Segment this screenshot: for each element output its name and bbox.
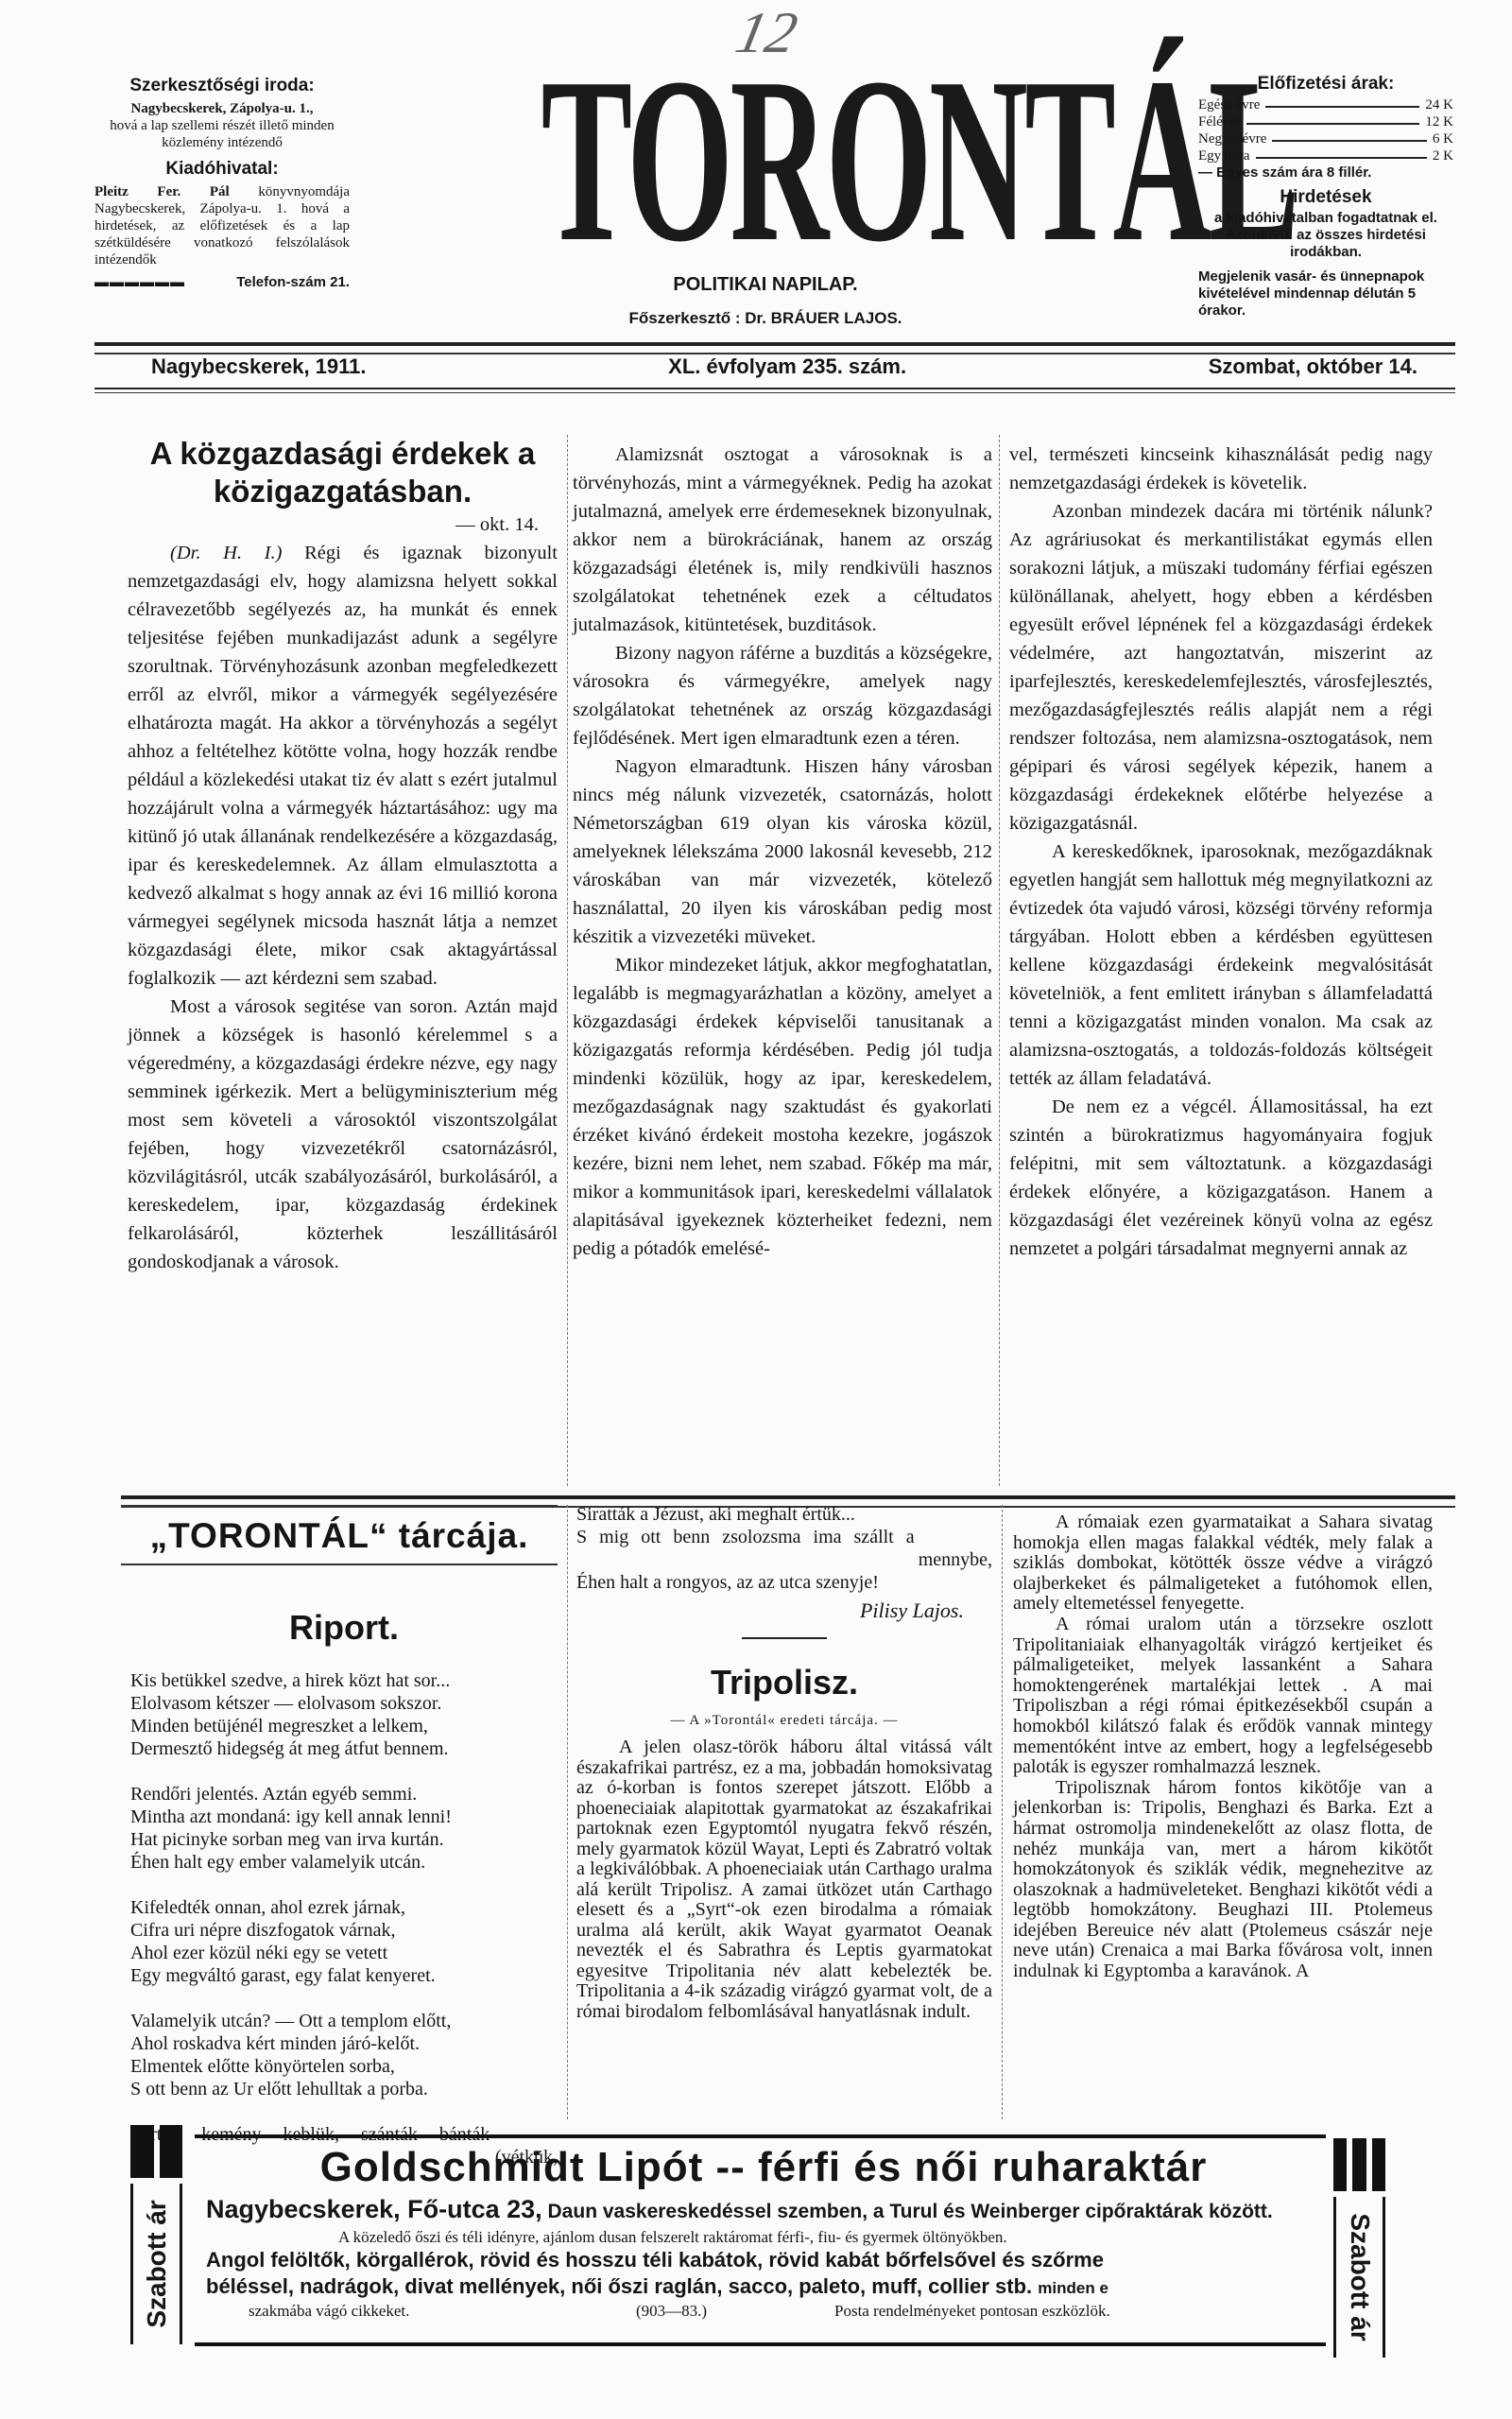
feuilleton-section-title: „TORONTÁL“ tárcája. (121, 1505, 558, 1565)
publishing-office-heading: Kiadóhivatal: (94, 161, 350, 178)
issue-place-year: Nagybecskerek, 1911. (151, 354, 367, 379)
article-paragraph: De nem ez a végcél. Államositással, ha e… (1009, 1093, 1433, 1263)
article-paragraph: Alamizsnát osztogat a városoknak is a tö… (573, 441, 992, 639)
article-paragraph: Mikor mindezeket látjuk, akkor megfoghat… (573, 951, 992, 1263)
article-paragraph: Bizony nagyon ráférne a buzditás a közsé… (573, 639, 992, 752)
ad-items-line-2: béléssel, nadrágok, divat mellények, női… (206, 2274, 1032, 2298)
masthead-rule (94, 342, 1455, 354)
article-paragraph: Tripolisznak három fontos kikötője van a… (1013, 1778, 1433, 1982)
article-paragraph: A jelen olasz-török háboru által vitássá… (576, 1737, 992, 2022)
article-paragraph: Azonban mindezek dacára mi történik nálu… (1009, 497, 1433, 838)
poem-author: Pilisy Lajos. (576, 1599, 992, 1622)
poem-stanza: Valamelyik utcán? — Ott a templom előtt,… (130, 2010, 558, 2100)
issue-volume: XL. évfolyam 235. szám. (668, 354, 906, 379)
article-paragraph: vel, természeti kincseink kihasználását … (1009, 441, 1433, 497)
ad-store-name: Goldschmidt Lipót -- férfi és női ruhara… (206, 2144, 1321, 2191)
article-dateline: — okt. 14. (128, 510, 558, 539)
article-paragraph: A római uralom után a törzsekre oszlott … (1013, 1615, 1433, 1778)
article-paragraph: Nagyon elmaradtunk. Hiszen hány városban… (573, 752, 992, 951)
issue-line-rule (94, 388, 1455, 393)
decorative-dashes: ▬▬▬▬▬▬ (94, 274, 185, 291)
article-paragraph: A rómaiak ezen gyarmataikat a Sahara siv… (1013, 1512, 1433, 1615)
single-issue-price: — Egyes szám ára 8 fillér. (1198, 164, 1453, 181)
ad-address-detail: Daun vaskereskedéssel szemben, a Turul é… (548, 2201, 1273, 2222)
ad-closing: szakmába vágó cikkeket. (206, 2302, 636, 2321)
subscription-info-box: Előfizetési árak: Egész évre24 K Félévre… (1198, 76, 1453, 320)
section-divider (742, 1637, 827, 1639)
article-paragraph: Régi és igaznak bizonyult nemzetgazdaság… (128, 543, 558, 989)
ad-items-line-1: Angol felöltők, körgallérok, rövid és ho… (206, 2247, 1321, 2273)
poem-title: Riport. (130, 1607, 558, 1649)
article-byline: (Dr. H. I.) (170, 543, 282, 563)
poem-stanza: Rendőri jelentés. Aztán egyéb semmi.Mint… (130, 1783, 558, 1874)
lead-article-column-2: Alamizsnát osztogat a városoknak is a tö… (573, 441, 992, 1263)
lead-article-column-3: vel, természeti kincseink kihasználását … (1009, 441, 1433, 1263)
poem-stanza: Kis betükkel szedve, a hirek közt hat so… (130, 1669, 558, 1760)
price-row: Félévre12 K (1198, 113, 1453, 130)
newspaper-title: TORONTÁL (541, 66, 987, 255)
editorial-office-text: hová a lap szellemi részét illető minden… (94, 117, 350, 151)
ad-address: Nagybecskerek, Fő-utca 23, (206, 2195, 542, 2223)
phone-number: Telefon-szám 21. (236, 274, 350, 291)
article-paragraph: Most a városok segitése van soron. Aztán… (128, 993, 558, 1276)
office-info-box: Szerkesztőségi iroda: Nagybecskerek, Záp… (94, 76, 350, 291)
subscription-heading: Előfizetési árak: (1198, 76, 1453, 93)
article-paragraph: A kereskedőknek, iparosoknak, mezőgazdák… (1009, 838, 1433, 1093)
newspaper-subtitle: POLITIKAI NAPILAP. (378, 274, 1153, 296)
price-row: Egy hóra2 K (1198, 147, 1453, 164)
ad-fixed-price-banner-left: Szabott ár (130, 2125, 182, 2344)
editorial-office-heading: Szerkesztőségi iroda: (94, 78, 350, 95)
column-divider (1002, 1505, 1003, 2119)
issue-info-line: Nagybecskerek, 1911. XL. évfolyam 235. s… (151, 354, 1417, 379)
poem-stanza: Kifeledték onnan, ahol ezrek járnak,Cifr… (130, 1896, 558, 1987)
fixed-price-label: Szabott ár (1345, 2213, 1375, 2341)
ad-reference: (903—83.) (636, 2302, 834, 2321)
column-divider (567, 435, 568, 1486)
tripolisz-byline: — A »Torontál« eredeti tárcája. — (576, 1709, 992, 1732)
publication-schedule: Megjelenik vasár- és ünnepnapok kivételé… (1198, 268, 1453, 320)
ad-intro: A közeledő őszi és téli idényre, ajánlom… (206, 2228, 1321, 2247)
lead-article-column-1: A közgazdasági érdekek a közigazgatásban… (128, 435, 558, 1276)
ad-mail-order: Posta rendelményeket pontosan eszközlök. (834, 2302, 1110, 2321)
ads-heading: Hirdetések (1198, 189, 1453, 206)
price-row: Egész évre24 K (1198, 96, 1453, 113)
editorial-office-address: Nagybecskerek, Zápolya-u. 1., (94, 100, 350, 117)
fixed-price-label: Szabott ár (142, 2200, 172, 2327)
editor-in-chief: Főszerkesztő : Dr. BRÁUER LAJOS. (378, 309, 1153, 328)
tripolisz-title: Tripolisz. (576, 1662, 992, 1703)
publisher-name: Pleitz Fer. Pál (94, 184, 230, 199)
poem-continuation: Siratták a Jézust, aki meghalt értük... … (576, 1503, 992, 2022)
price-row: Negyedévre6 K (1198, 130, 1453, 147)
advertisement: Goldschmidt Lipót -- férfi és női ruhara… (206, 2144, 1321, 2321)
tripolisz-column-3: A rómaiak ezen gyarmataikat a Sahara siv… (1013, 1512, 1433, 1982)
ads-text: a kiadóhivatalban fogadtatnak el. Azonki… (1198, 210, 1453, 261)
poem-riport: Riport. Kis betükkel szedve, a hirek köz… (130, 1607, 558, 2168)
column-divider (567, 1505, 568, 2119)
issue-date: Szombat, október 14. (1209, 354, 1417, 379)
tripolisz-column-2: A jelen olasz-török háboru által vitássá… (576, 1737, 992, 2022)
ad-fixed-price-banner-right: Szabott ár (1333, 2138, 1385, 2358)
column-divider (999, 435, 1000, 1486)
lead-article-headline: A közgazdasági érdekek a közigazgatásban… (128, 435, 558, 510)
ad-items-tail: minden e (1038, 2279, 1108, 2297)
